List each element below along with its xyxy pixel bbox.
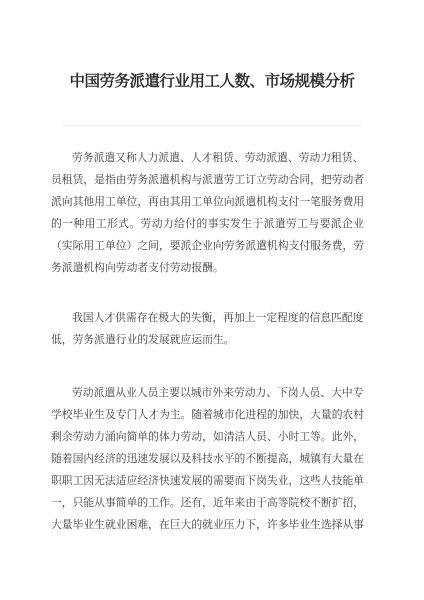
paragraph-line: 派向其他用工单位，再由其用工单位向派遣机构支付一笔服务费用 [51,191,364,213]
paragraph-line: 我国人才供需存在极大的失衡，再加上一定程度的信息匹配度较 [51,307,364,329]
paragraph-line: 剩余劳动力涌向简单的体力劳动，如清洁人员、小时工等。此外， [51,426,364,448]
paragraph-line: 低，劳务派遣行业的发展就应运而生。 [51,329,364,351]
paragraph-line: 职职工因无法适应经济快速发展的需要而下岗失业，这些人技能单 [51,470,364,492]
paragraph-line: 员租赁，是指由劳务派遣机构与派遣劳工订立劳动合同，把劳动者 [51,169,364,191]
title-divider [62,125,361,126]
paragraph-line: 学校毕业生及专门人才为主。随着城市化进程的加快，大量的农村 [51,404,364,426]
paragraph-line: 的一种用工形式。劳动力给付的事实发生于派遣劳工与要派企业 [51,213,364,235]
paragraph-line: 大量毕业生就业困难，在巨大的就业压力下，许多毕业生选择从事 [51,514,364,536]
paragraph-market-origin: 我国人才供需存在极大的失衡，再加上一定程度的信息匹配度较 低，劳务派遣行业的发展… [51,307,364,351]
paragraph-workforce: 劳动派遣从业人员主要以城市外来劳动力、下岗人员、大中专等 学校毕业生及专门人才为… [51,382,364,536]
paragraph-definition: 劳务派遣又称人力派遣、人才租赁、劳动派遣、劳动力租赁、雇 员租赁，是指由劳务派遣… [51,147,364,279]
paragraph-line: 劳动派遣从业人员主要以城市外来劳动力、下岗人员、大中专等 [51,382,364,404]
paragraph-line: 一，只能从事简单的工作。还有，近年来由于高等院校不断扩招， [51,492,364,514]
paragraph-line: （实际用工单位）之间，要派企业向劳务派遣机构支付服务费，劳 [51,235,364,257]
paragraph-line: 劳务派遣又称人力派遣、人才租赁、劳动派遣、劳动力租赁、雇 [51,147,364,169]
paragraph-line: 随着国内经济的迅速发展以及科技水平的不断提高，城镇有大量在 [51,448,364,470]
document-title: 中国劳务派遣行业用工人数、市场规模分析 [0,70,424,94]
document-page: 中国劳务派遣行业用工人数、市场规模分析 劳务派遣又称人力派遣、人才租赁、劳动派遣… [0,0,424,600]
paragraph-line: 务派遣机构向劳动者支付劳动报酬。 [51,257,364,279]
